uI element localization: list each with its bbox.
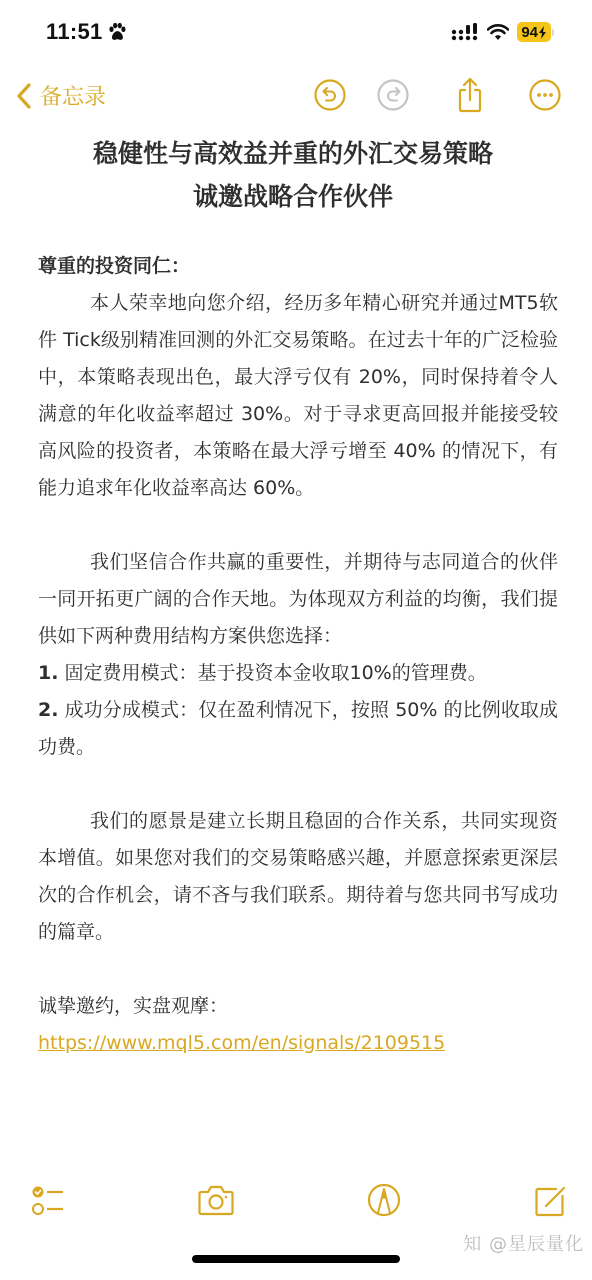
note-title: 稳健性与高效益并重的外汇交易策略 诚邀战略合作伙伴 xyxy=(28,132,558,218)
paragraph-vision: 我们的愿景是建立长期且稳固的合作关系，共同实现资本增值。如果您对我们的交易策略感… xyxy=(38,803,558,951)
greeting: 尊重的投资同仁： xyxy=(38,248,558,285)
markup-icon[interactable] xyxy=(364,1180,404,1220)
status-time: 11:51 xyxy=(46,19,103,45)
list-number: 2. xyxy=(38,699,58,721)
status-indicators: 94 xyxy=(451,22,554,42)
notes-screen: 11:51 94 xyxy=(0,0,592,1280)
fee-option-1: 1. 固定费用模式：基于投资本金收取10%的管理费。 xyxy=(38,655,558,692)
paw-icon xyxy=(106,21,128,43)
back-label: 备忘录 xyxy=(40,80,106,111)
paragraph-intro: 本人荣幸地向您介绍，经历多年精心研究并通过MT5软件 Tick级别精准回测的外汇… xyxy=(38,285,558,507)
list-text: 固定费用模式：基于投资本金收取10%的管理费。 xyxy=(58,662,486,684)
chevron-left-icon xyxy=(16,82,32,110)
note-title-line-1: 稳健性与高效益并重的外汇交易策略 xyxy=(28,132,558,175)
checklist-icon[interactable] xyxy=(28,1180,68,1220)
paragraph-cooperation: 我们坚信合作共赢的重要性，并期待与志同道合的伙伴一同开拓更广阔的合作天地。为体现… xyxy=(38,544,558,655)
back-button[interactable]: 备忘录 xyxy=(16,80,106,111)
compose-icon[interactable] xyxy=(530,1180,570,1220)
signal-icon xyxy=(451,23,479,41)
fee-option-2: 2. 成功分成模式：仅在盈利情况下，按照 50% 的比例收取成功费。 xyxy=(38,692,558,766)
note-title-line-2: 诚邀战略合作伙伴 xyxy=(28,175,558,218)
note-body[interactable]: 稳健性与高效益并重的外汇交易策略 诚邀战略合作伙伴 尊重的投资同仁： 本人荣幸地… xyxy=(38,132,558,1062)
list-text: 成功分成模式：仅在盈利情况下，按照 50% 的比例收取成功费。 xyxy=(38,699,558,758)
bottom-toolbar xyxy=(0,1180,592,1230)
redo-icon[interactable] xyxy=(376,78,410,112)
battery-icon: 94 xyxy=(517,22,554,42)
battery-level: 94 xyxy=(521,24,538,41)
nav-bar: 备忘录 xyxy=(0,70,592,122)
home-indicator[interactable] xyxy=(192,1255,400,1263)
camera-icon[interactable] xyxy=(196,1180,236,1220)
share-icon[interactable] xyxy=(453,76,487,114)
charging-bolt-icon xyxy=(538,26,547,39)
invite-text: 诚挚邀约，实盘观摩： xyxy=(38,988,558,1025)
list-number: 1. xyxy=(38,662,58,684)
undo-icon[interactable] xyxy=(313,78,347,112)
status-bar: 11:51 94 xyxy=(0,0,592,62)
watermark: 知 @星辰量化 xyxy=(463,1230,584,1256)
more-icon[interactable] xyxy=(528,78,562,112)
wifi-icon xyxy=(487,23,509,41)
signal-link[interactable]: https://www.mql5.com/en/signals/2109515 xyxy=(38,1032,445,1054)
